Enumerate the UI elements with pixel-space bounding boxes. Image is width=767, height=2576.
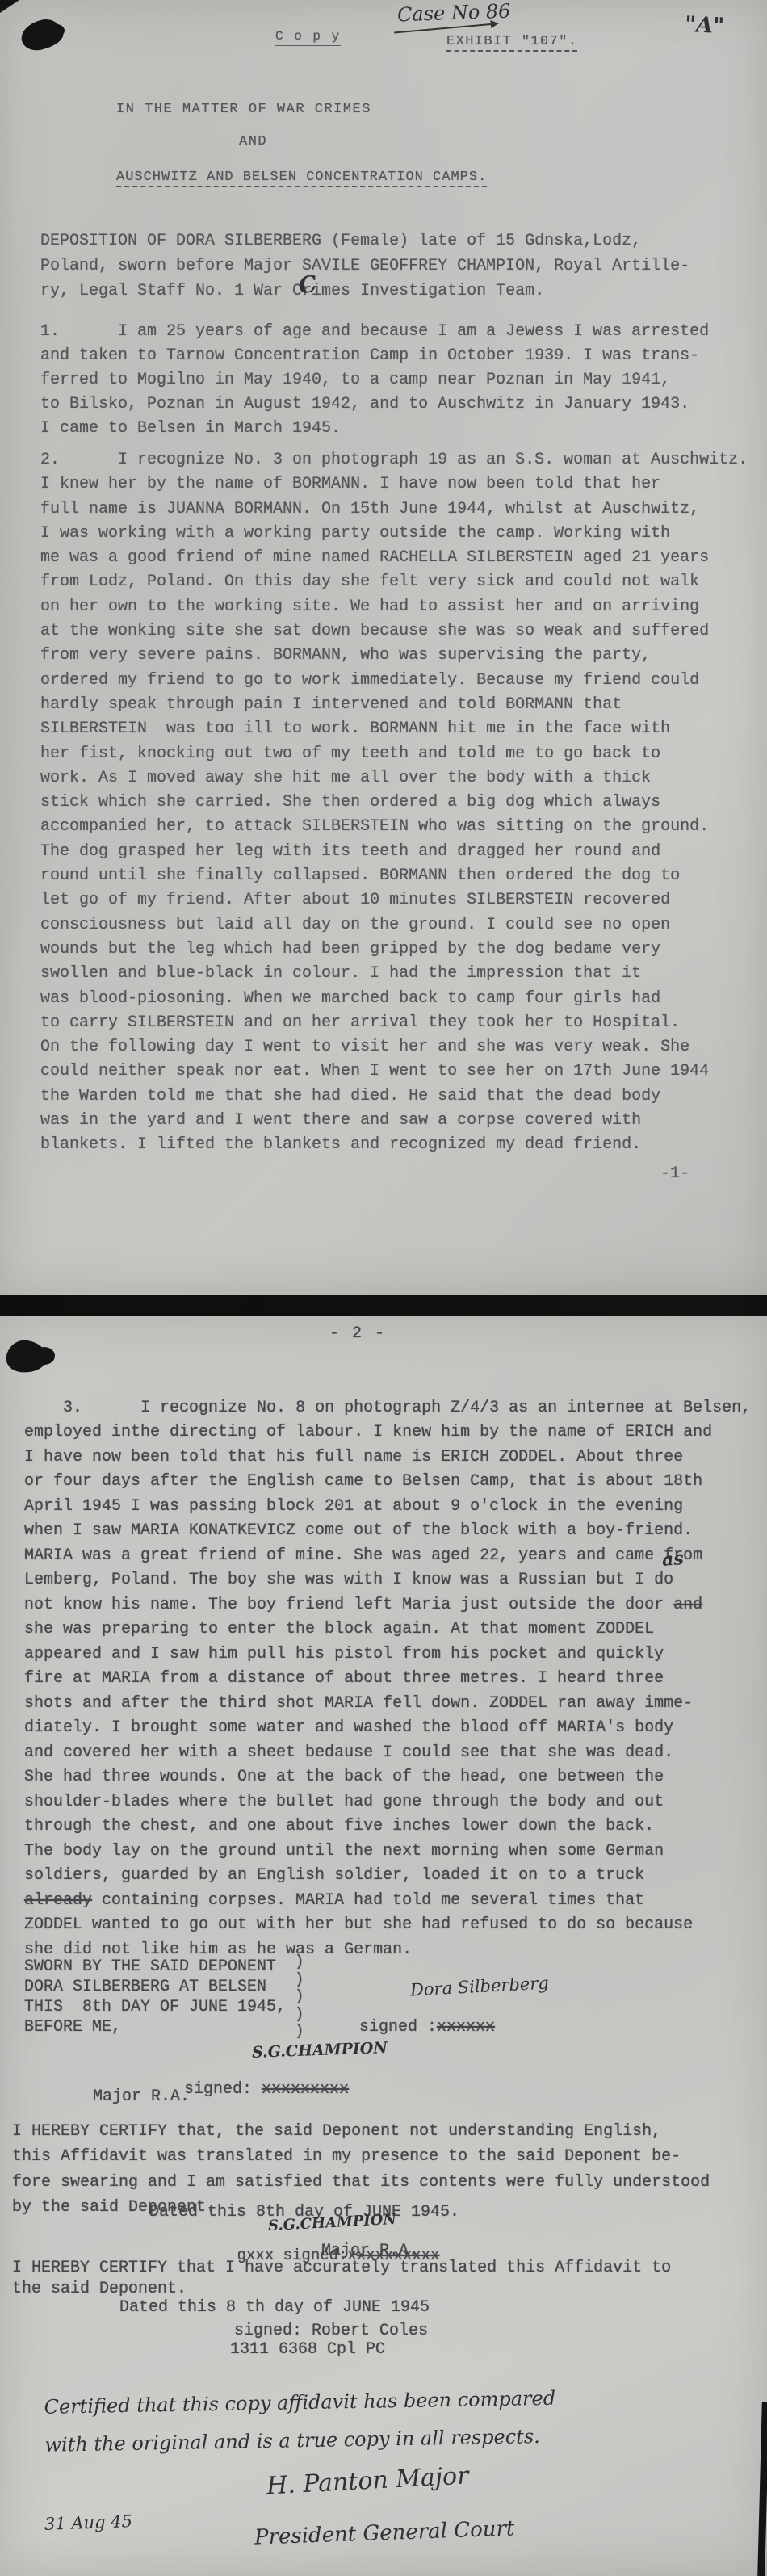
handwritten-certification-note: Certified that this copy affidavit has b… bbox=[44, 2379, 578, 2465]
sworn-statement: SWORN BY THE SAID DEPONENT DORA SILBERBE… bbox=[24, 1957, 286, 2037]
handwritten-insert-as: as bbox=[661, 1548, 684, 1571]
ink-blot bbox=[48, 24, 65, 37]
deposition-intro: DEPOSITION OF DORA SILBERBERG (Female) l… bbox=[40, 229, 759, 304]
struck-signature-space: xxxxxx bbox=[437, 2018, 495, 2037]
struck-signature-space: xxxxxxxxx bbox=[262, 2080, 349, 2099]
struck-word-already: already bbox=[24, 1891, 92, 1910]
copy-label: C o p y bbox=[275, 29, 341, 46]
document-scan: Case No 86 "A" C o p y EXHIBIT "107". IN… bbox=[0, 0, 767, 2576]
paragraph-3-text: 3. I recognize No. 8 on photograph Z/4/3… bbox=[24, 1399, 751, 1614]
paragraph-3-text: containing corpses. MARIA had told me se… bbox=[24, 1891, 693, 1959]
title-line-1: IN THE MATTER OF WAR CRIMES bbox=[116, 102, 371, 117]
struck-word-and: and bbox=[673, 1596, 702, 1614]
paragraph-3: 3. I recognize No. 8 on photograph Z/4/3… bbox=[24, 1371, 763, 1987]
corner-mark-a: "A" bbox=[684, 12, 725, 40]
page-2-number: - 2 - bbox=[329, 1324, 386, 1343]
paragraph-3-text: she was preparing to enter the block aga… bbox=[24, 1620, 693, 1885]
page-separator-band bbox=[0, 1295, 767, 1316]
paragraph-1: 1. I am 25 years of age and because I am… bbox=[40, 320, 763, 441]
exhibit-label: EXHIBIT "107". bbox=[446, 34, 577, 52]
dated-line-2: Dated this 8 th day of JUNE 1945 bbox=[119, 2298, 430, 2317]
certification-2: I HEREBY CERTIFY that I have accurately … bbox=[12, 2258, 763, 2300]
handwritten-correction-c: C bbox=[297, 271, 319, 300]
translator-signed: signed: Robert Coles bbox=[234, 2322, 428, 2340]
page-1-number: -1- bbox=[660, 1164, 689, 1183]
handwritten-date: 31 Aug 45 bbox=[44, 2511, 133, 2534]
sworn-parens: ) ) ) ) ) bbox=[295, 1953, 304, 2041]
ink-blot bbox=[34, 1347, 55, 1365]
title-line-2: AND bbox=[239, 134, 267, 149]
officer-rank: Major R.A. bbox=[93, 2087, 190, 2106]
paragraph-2: 2. I recognize No. 3 on photograph 19 as… bbox=[40, 448, 765, 1158]
title-line-3: AUSCHWITZ AND BELSEN CONCENTRATION CAMPS… bbox=[116, 170, 487, 187]
translator-number: 1311 6368 Cpl PC bbox=[230, 2340, 385, 2359]
